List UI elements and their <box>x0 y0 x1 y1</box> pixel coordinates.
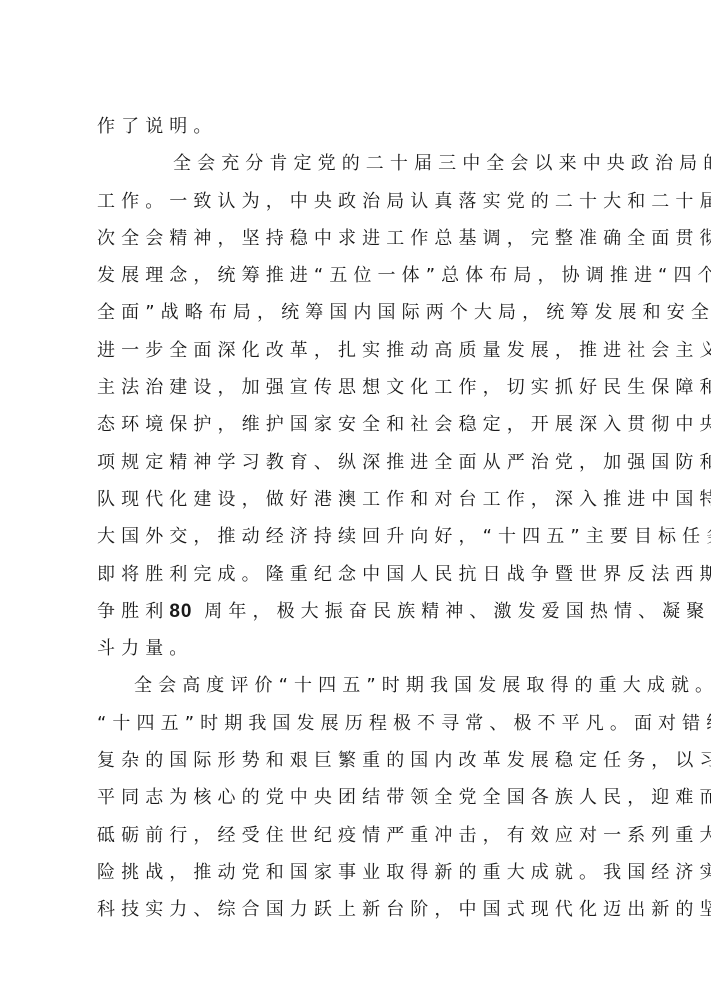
paragraph-continuation: 作了说明。 <box>97 108 627 145</box>
text-line: 全会高度评价“十四五”时期我国发展取得的重大成就。 <box>97 667 627 704</box>
text-line: 工作。一致认为，中央政治局认真落实党的二十大和二十届历 <box>97 183 627 220</box>
text-line: 平同志为核心的党中央团结带领全党全国各族人民，迎难而上、 <box>97 779 627 816</box>
text-line: 主法治建设，加强宣传思想文化工作，切实抓好民生保障和生 <box>97 369 627 406</box>
text-line: 即将胜利完成。隆重纪念中国人民抗日战争暨世界反法西斯战 <box>97 556 627 593</box>
anniversary-number: 80 <box>169 601 192 622</box>
text-line: 项规定精神学习教育、纵深推进全面从严治党，加强国防和军 <box>97 444 627 481</box>
text-line: 复杂的国际形势和艰巨繁重的国内改革发展稳定任务，以习近 <box>97 742 627 779</box>
text-line: 砥砺前行，经受住世纪疫情严重冲击，有效应对一系列重大风 <box>97 817 627 854</box>
text-line: 全会充分肯定党的二十届三中全会以来中央政治局的 <box>97 145 627 182</box>
text-line: 斗力量。 <box>97 630 627 667</box>
text-line: 发展理念，统筹推进“五位一体”总体布局，协调推进“四个 <box>97 257 627 294</box>
text-line: 争胜利80 周年，极大振奋民族精神、激发爱国热情、凝聚奋 <box>97 593 627 630</box>
text-line: 队现代化建设，做好港澳工作和对台工作，深入推进中国特色 <box>97 481 627 518</box>
text-line: 科技实力、综合国力跃上新台阶，中国式现代化迈出新的坚实 <box>97 891 627 928</box>
text-line: 态环境保护，维护国家安全和社会稳定，开展深入贯彻中央八 <box>97 406 627 443</box>
text-line: 进一步全面深化改革，扎实推动高质量发展，推进社会主义民 <box>97 332 627 369</box>
document-page: 作了说明。 全会充分肯定党的二十届三中全会以来中央政治局的 工作。一致认为，中央… <box>97 108 627 929</box>
text-segment: 周年，极大振奋民族精神、激发爱国热情、凝聚奋 <box>204 601 711 622</box>
paragraph-14th-five-year-achievements: 全会高度评价“十四五”时期我国发展取得的重大成就。 “十四五”时期我国发展历程极… <box>97 667 627 928</box>
text-line: 险挑战，推动党和国家事业取得新的重大成就。我国经济实力、 <box>97 854 627 891</box>
text-line: 全面”战略布局，统筹国内国际两个大局，统筹发展和安全， <box>97 294 627 331</box>
text-line: 次全会精神，坚持稳中求进工作总基调，完整准确全面贯彻新 <box>97 220 627 257</box>
text-line: “十四五”时期我国发展历程极不寻常、极不平凡。面对错综 <box>97 705 627 742</box>
text-segment: 争胜利 <box>97 601 169 622</box>
paragraph-plenary-affirmation: 全会充分肯定党的二十届三中全会以来中央政治局的 工作。一致认为，中央政治局认真落… <box>97 145 627 667</box>
text-line: 作了说明。 <box>97 108 627 145</box>
text-line: 大国外交，推动经济持续回升向好，“十四五”主要目标任务 <box>97 518 627 555</box>
